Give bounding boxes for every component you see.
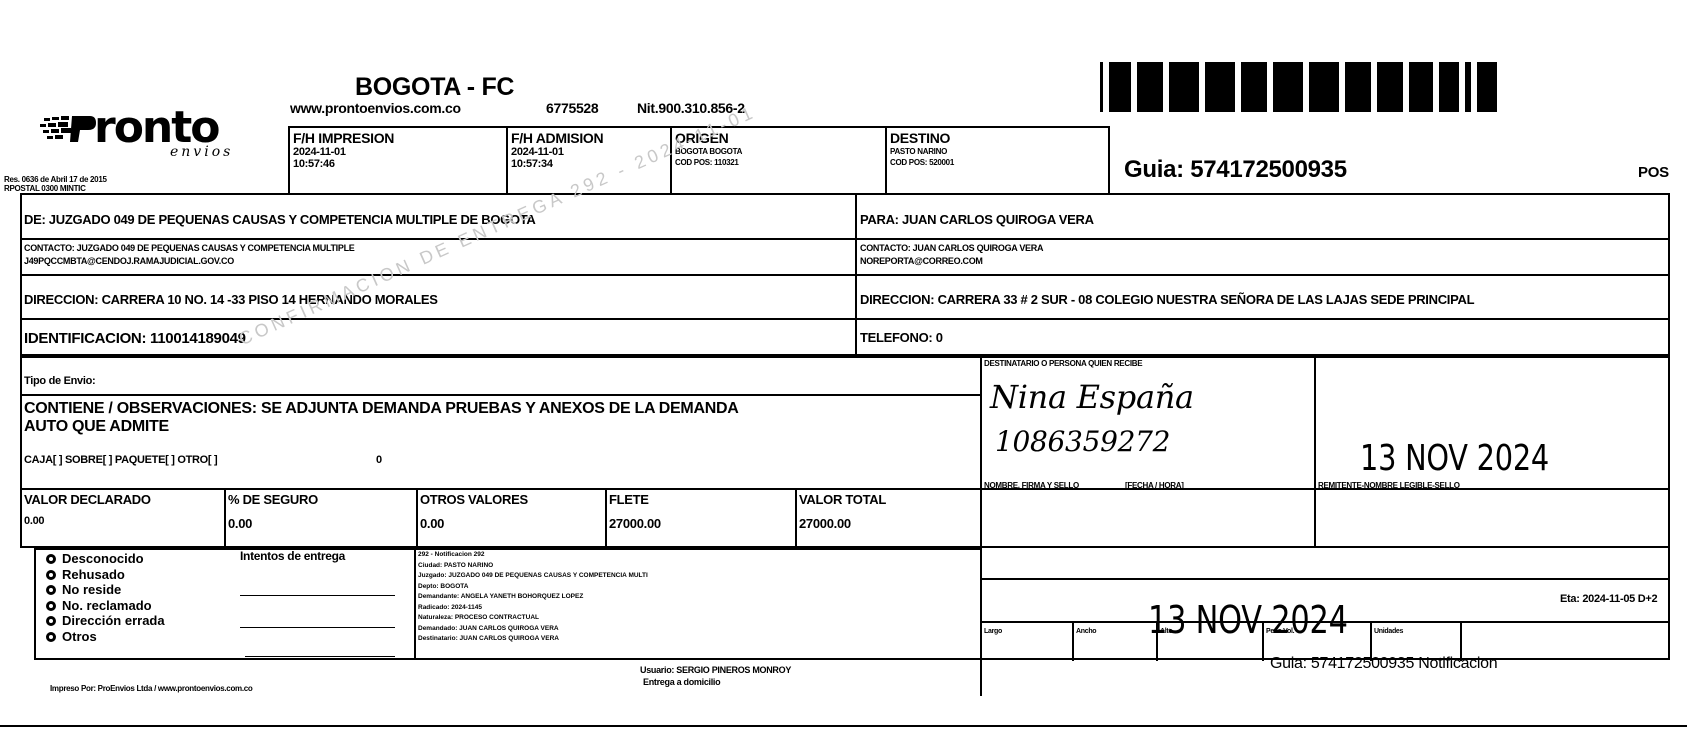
logo-subtitle: envios: [170, 144, 233, 160]
reason-label: Dirección errada: [62, 613, 165, 628]
divider: [20, 238, 1670, 240]
notif-line: Naturaleza: PROCESO CONTRACTUAL: [418, 613, 648, 624]
divider: [414, 548, 416, 660]
signature-id: 1086359272: [995, 425, 1170, 458]
package-types: CAJA[ ] SOBRE[ ] PAQUETE[ ] OTRO[ ]: [24, 455, 217, 466]
page-bottom-line: [0, 725, 1687, 727]
guia-notificacion: Guia: 574172500935 Notificacion: [1270, 655, 1497, 673]
impresion-cell: F/H IMPRESION 2024-11-01 10:57:46: [293, 130, 394, 170]
guia-number: Guia: 574172500935: [1124, 156, 1347, 184]
pronto-logo: ronto envios: [40, 108, 280, 168]
reason-label: No reside: [62, 582, 121, 597]
usuario: Usuario: SERGIO PINEROS MONROY: [640, 665, 791, 676]
notif-line: Demandado: JUAN CARLOS QUIROGA VERA: [418, 624, 648, 635]
notif-line: Destinatario: JUAN CARLOS QUIROGA VERA: [418, 634, 648, 645]
radio-icon: [46, 570, 56, 580]
value-declarado: 0.00: [24, 516, 44, 527]
admision-date: 2024-11-01: [511, 146, 603, 158]
origen-cod: COD POS: 110321: [675, 157, 742, 168]
impresion-label: F/H IMPRESION: [293, 130, 394, 146]
divider: [885, 126, 887, 194]
value-seguro: 0.00: [228, 516, 252, 531]
sender-contact: CONTACTO: JUZGADO 049 DE PEQUENAS CAUSAS…: [24, 243, 354, 254]
value-flete: 27000.00: [609, 516, 661, 531]
reason-no-reside[interactable]: No reside: [46, 582, 165, 598]
admision-cell: F/H ADMISION 2024-11-01 10:57:34: [511, 130, 603, 170]
cell-unidades: Unidades: [1374, 626, 1403, 637]
divider: [980, 546, 1670, 548]
value-header-otros: OTROS VALORES: [420, 492, 528, 507]
notification-details: 292 - Notificacion 292 Ciudad: PASTO NAR…: [418, 550, 648, 645]
cell-ancho: Ancho: [1076, 626, 1096, 637]
notif-line: Juzgado: JUZGADO 049 DE PEQUENAS CAUSAS …: [418, 571, 648, 582]
sender-email: J49PQCCMBTA@CENDOJ.RAMAJUDICIAL.GOV.CO: [24, 256, 234, 267]
package-count: 0: [376, 455, 382, 466]
notif-line: Depto: BOGOTA: [418, 582, 648, 593]
divider: [20, 274, 1670, 276]
value-otros: 0.00: [420, 516, 444, 531]
reason-desconocido[interactable]: Desconocido: [46, 551, 165, 567]
intento-line: [240, 595, 395, 596]
divider: [506, 126, 508, 194]
recipient-contact: CONTACTO: JUAN CARLOS QUIROGA VERA: [860, 243, 1043, 254]
pronto-logo-icon: [40, 114, 96, 142]
intentos-label: Intentos de entrega: [240, 551, 345, 562]
office-title: BOGOTA - FC: [355, 73, 514, 102]
divider: [1262, 621, 1264, 661]
cell-largo: Largo: [984, 626, 1002, 637]
reason-rehusado[interactable]: Rehusado: [46, 567, 165, 583]
destinatario-label: DESTINATARIO O PERSONA QUIEN RECIBE: [984, 358, 1142, 369]
radio-icon: [46, 616, 56, 626]
value-header-flete: FLETE: [609, 492, 649, 507]
contents-line2: AUTO QUE ADMITE: [24, 418, 169, 436]
reason-no-reclamado[interactable]: No. reclamado: [46, 598, 165, 614]
resolution-line2: RPOSTAL 0300 MINTIC: [4, 184, 86, 193]
return-reasons-list: Desconocido Rehusado No reside No. recla…: [46, 551, 165, 644]
recipient-name: PARA: JUAN CARLOS QUIROGA VERA: [860, 212, 1094, 227]
impreso-por: Impreso Por: ProEnvios Ltda / www.pronto…: [50, 683, 253, 694]
impresion-time: 10:57:46: [293, 158, 394, 170]
divider: [1108, 126, 1110, 194]
eta: Eta: 2024-11-05 D+2: [1560, 594, 1657, 605]
divider: [1156, 621, 1158, 661]
signature-name: Nina España: [990, 378, 1194, 416]
radio-icon: [46, 601, 56, 611]
destino-city: PASTO NARINO: [890, 146, 954, 157]
impresion-date: 2024-11-01: [293, 146, 394, 158]
value-header-seguro: % DE SEGURO: [228, 492, 318, 507]
divider: [20, 394, 982, 396]
recipient-email: NOREPORTA@CORREO.COM: [860, 256, 983, 267]
value-total: 27000.00: [799, 516, 851, 531]
sender-name: DE: JUZGADO 049 DE PEQUENAS CAUSAS Y COM…: [24, 212, 536, 227]
reason-label: Rehusado: [62, 567, 125, 582]
received-date-stamp: 13 NOV 2024: [1360, 438, 1549, 479]
divider: [795, 488, 797, 548]
phone: 6775528: [546, 100, 598, 116]
intento-line: [245, 656, 395, 657]
shipment-type: Tipo de Envio:: [24, 376, 95, 387]
reason-direccion-errada[interactable]: Dirección errada: [46, 613, 165, 629]
reason-otros[interactable]: Otros: [46, 629, 165, 645]
divider: [224, 488, 226, 548]
reason-label: No. reclamado: [62, 598, 152, 613]
divider: [416, 488, 418, 548]
notif-line: Ciudad: PASTO NARINO: [418, 561, 648, 572]
website: www.prontoenvios.com.co: [290, 100, 461, 116]
cell-peso-vol: Peso Vol.: [1266, 626, 1294, 637]
resolution-line1: Res. 0636 de Abril 17 de 2015: [4, 175, 107, 184]
entrega: Entrega a domicilio: [643, 677, 720, 688]
recipient-address: DIRECCION: CARRERA 33 # 2 SUR - 08 COLEG…: [860, 292, 1474, 307]
cell-alto: Alto: [1160, 626, 1172, 637]
divider: [980, 578, 1670, 580]
recipient-phone: TELEFONO: 0: [860, 330, 943, 345]
divider: [605, 488, 607, 548]
divider: [1072, 621, 1074, 661]
destino-cod: COD POS: 520001: [890, 157, 954, 168]
radio-icon: [46, 632, 56, 642]
barcode: [1100, 62, 1497, 112]
contents-line1: CONTIENE / OBSERVACIONES: SE ADJUNTA DEM…: [24, 400, 738, 418]
value-header-declarado: VALOR DECLARADO: [24, 492, 151, 507]
value-header-total: VALOR TOTAL: [799, 492, 886, 507]
notif-line: 292 - Notificacion 292: [418, 550, 648, 561]
destino-cell: DESTINO PASTO NARINO COD POS: 520001: [890, 130, 954, 168]
sender-address: DIRECCION: CARRERA 10 NO. 14 -33 PISO 14…: [24, 292, 438, 307]
notif-line: Radicado: 2024-1145: [418, 603, 648, 614]
radio-icon: [46, 554, 56, 564]
radio-icon: [46, 585, 56, 595]
admision-time: 10:57:34: [511, 158, 603, 170]
delivery-date-stamp: 13 NOV 2024: [1148, 598, 1348, 642]
divider: [288, 126, 290, 194]
intento-line: [240, 627, 395, 628]
destino-label: DESTINO: [890, 130, 954, 146]
sender-identification: IDENTIFICACION: 110014189049: [24, 330, 246, 347]
reason-label: Desconocido: [62, 551, 144, 566]
pos-label: POS: [1638, 164, 1669, 181]
admision-label: F/H ADMISION: [511, 130, 603, 146]
notif-line: Demandante: ANGELA YANETH BOHORQUEZ LOPE…: [418, 592, 648, 603]
reason-label: Otros: [62, 629, 97, 644]
